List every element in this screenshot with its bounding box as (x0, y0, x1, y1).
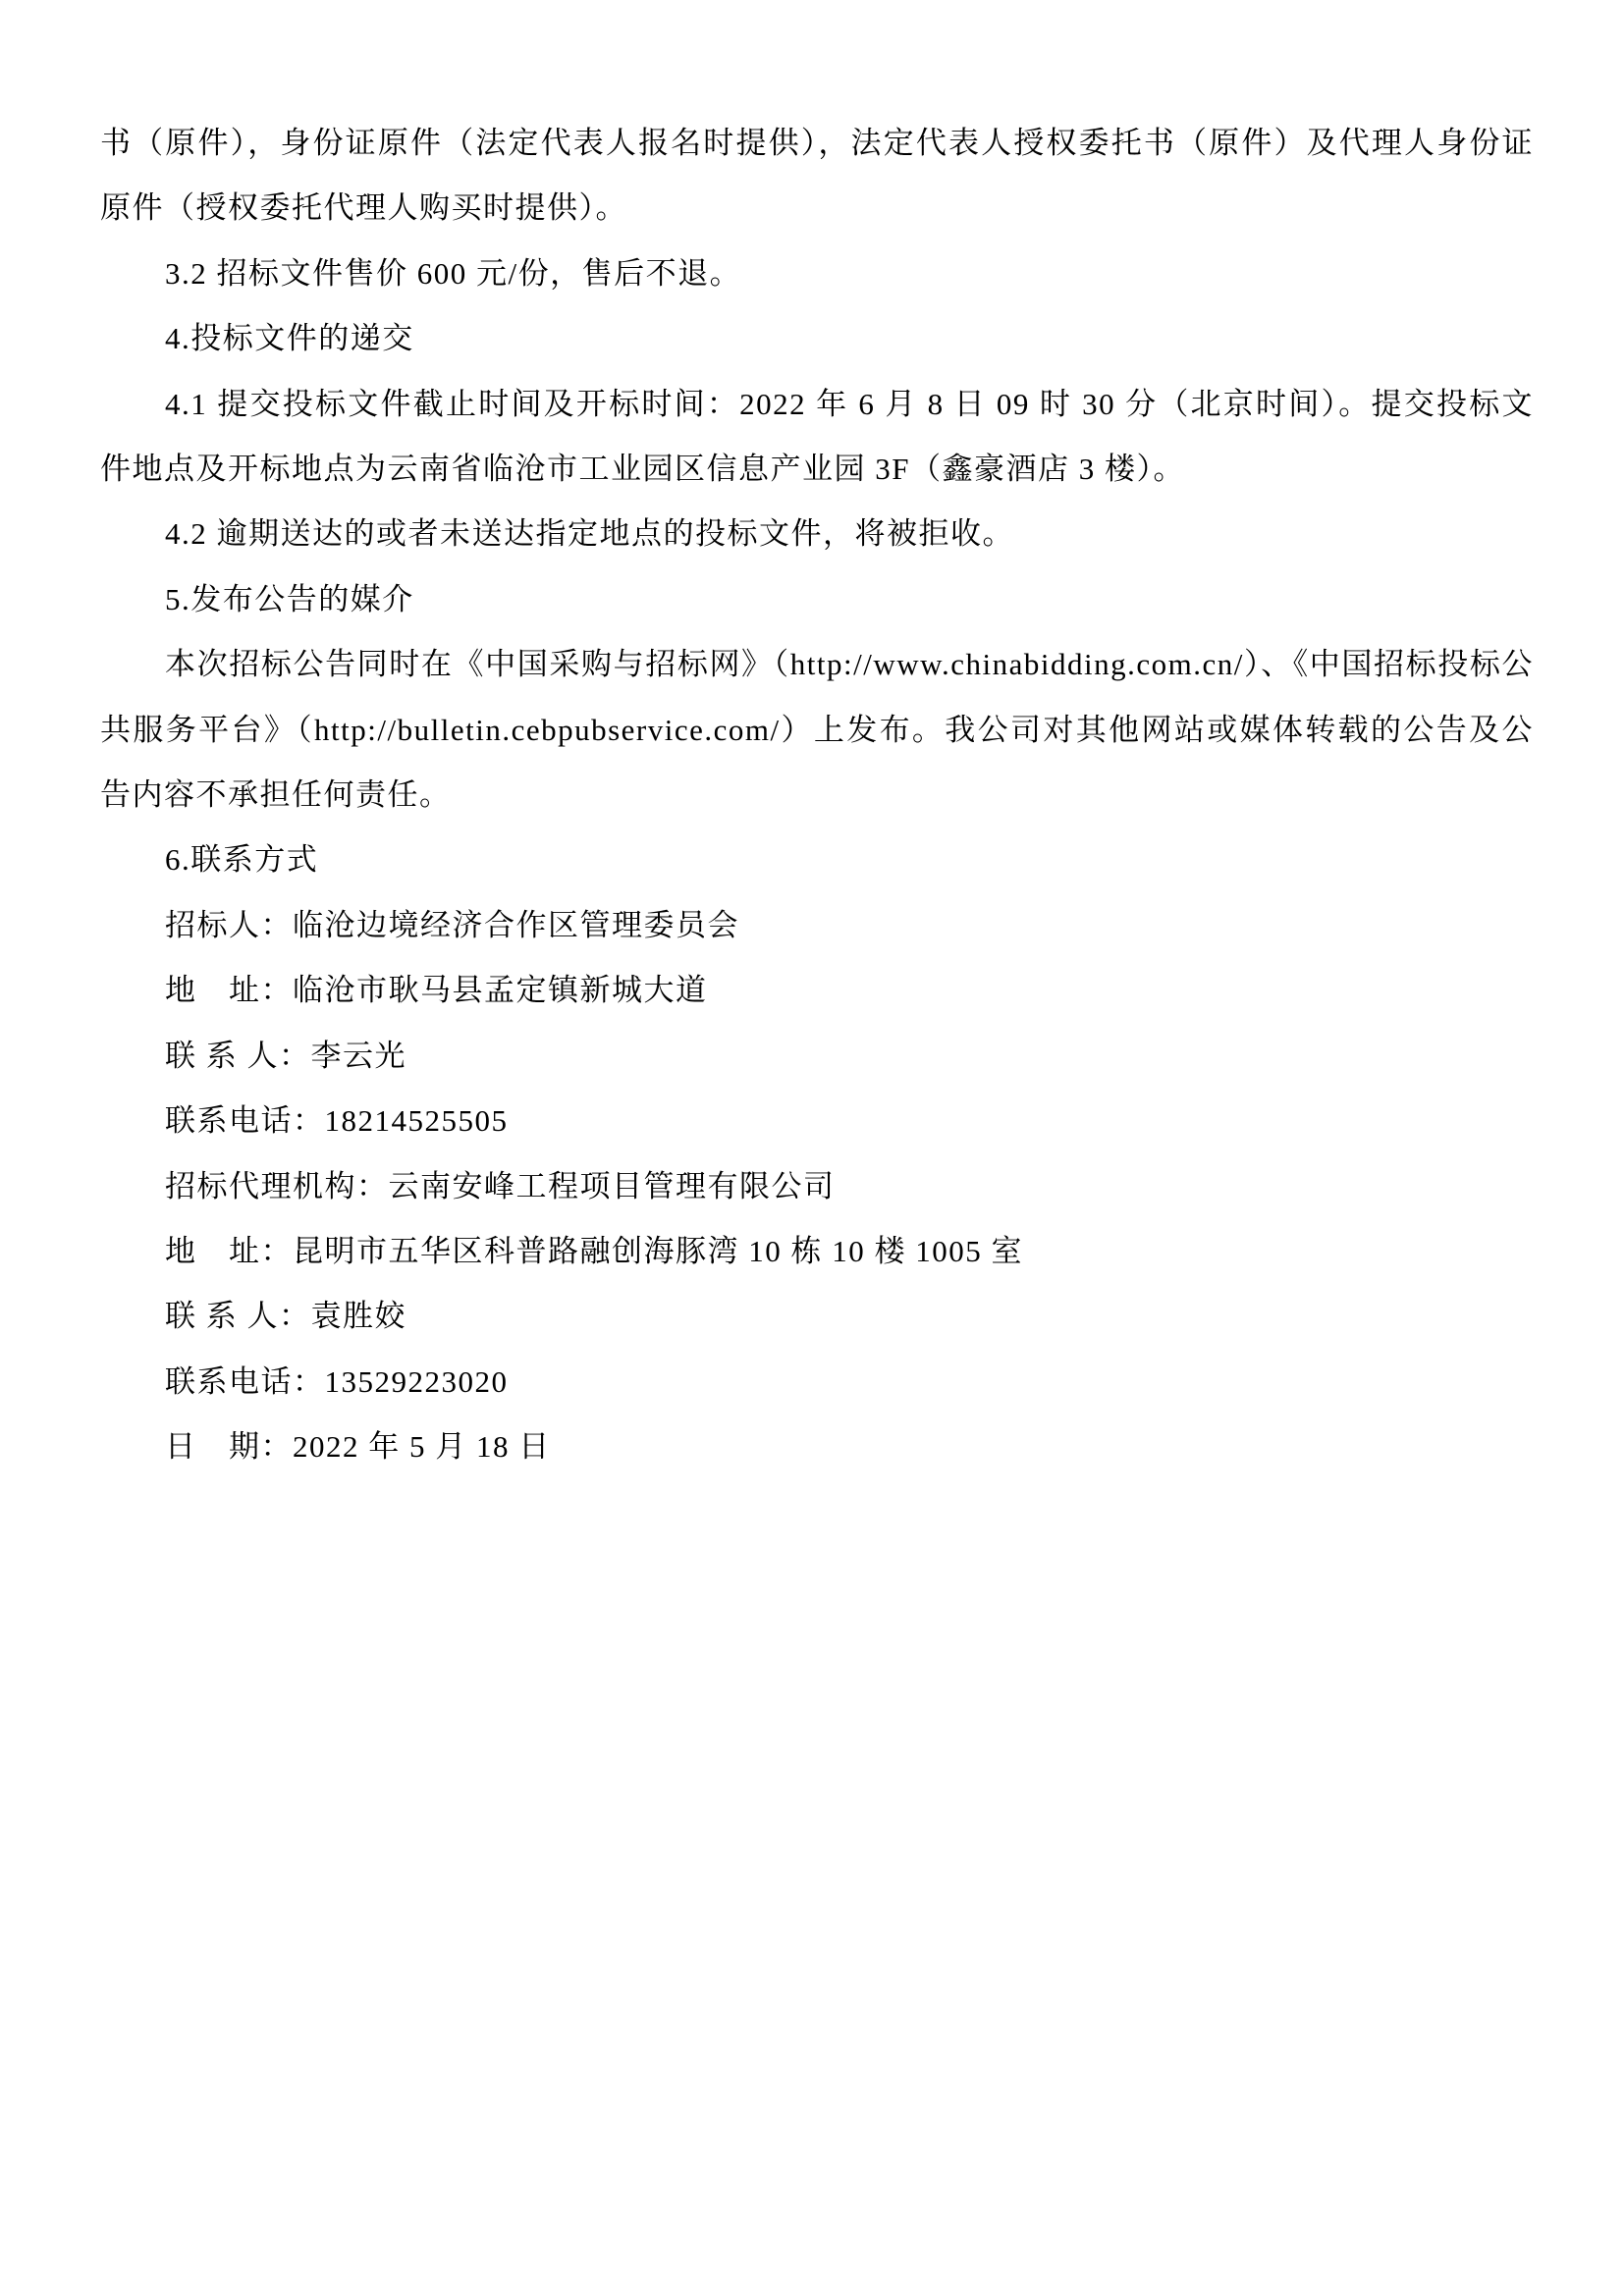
agency-name-line: 招标代理机构：云南安峰工程项目管理有限公司 (100, 1154, 1534, 1219)
tenderer-name-label: 招标人： (165, 908, 293, 942)
date-line: 日 期：2022 年 5 月 18 日 (100, 1415, 1534, 1479)
agency-phone-label: 联系电话： (165, 1364, 325, 1399)
agency-address: 昆明市五华区科普路融创海豚湾 10 栋 10 楼 1005 室 (293, 1234, 1023, 1268)
date-label: 日 期： (165, 1429, 293, 1464)
paragraph-continued-3-1: 书（原件），身份证原件（法定代表人报名时提供），法定代表人授权委托书（原件）及代… (100, 111, 1534, 241)
document-page: 书（原件），身份证原件（法定代表人报名时提供），法定代表人授权委托书（原件）及代… (100, 111, 1534, 1480)
agency-address-label: 地 址： (165, 1234, 293, 1268)
paragraph-5-media: 本次招标公告同时在《中国采购与招标网》（http://www.chinabidd… (100, 632, 1534, 828)
tenderer-phone-label: 联系电话： (165, 1103, 325, 1138)
paragraph-4-1-deadline: 4.1 提交投标文件截止时间及开标时间：2022 年 6 月 8 日 09 时 … (100, 372, 1534, 503)
tenderer-address-label: 地 址： (165, 973, 293, 1007)
tenderer-address-line: 地 址：临沧市耿马县孟定镇新城大道 (100, 958, 1534, 1023)
paragraph-3-2-price: 3.2 招标文件售价 600 元/份，售后不退。 (100, 241, 1534, 306)
agency-phone-line: 联系电话：13529223020 (100, 1350, 1534, 1415)
tenderer-phone: 18214525505 (325, 1103, 509, 1138)
agency-address-line: 地 址：昆明市五华区科普路融创海豚湾 10 栋 10 楼 1005 室 (100, 1219, 1534, 1284)
agency-contact-block: 招标代理机构：云南安峰工程项目管理有限公司 地 址：昆明市五华区科普路融创海豚湾… (100, 1154, 1534, 1415)
section-heading-6: 6.联系方式 (100, 828, 1534, 892)
agency-person-line: 联 系 人：袁胜姣 (100, 1284, 1534, 1349)
tenderer-name-line: 招标人：临沧边境经济合作区管理委员会 (100, 893, 1534, 958)
tenderer-contact-block: 招标人：临沧边境经济合作区管理委员会 地 址：临沧市耿马县孟定镇新城大道 联 系… (100, 893, 1534, 1154)
agency-phone: 13529223020 (325, 1364, 509, 1399)
section-heading-5: 5.发布公告的媒介 (100, 567, 1534, 632)
date-value: 2022 年 5 月 18 日 (293, 1429, 551, 1464)
tenderer-person-line: 联 系 人：李云光 (100, 1024, 1534, 1089)
tenderer-phone-line: 联系电话：18214525505 (100, 1089, 1534, 1153)
agency-person: 袁胜姣 (311, 1299, 407, 1333)
section-heading-4: 4.投标文件的递交 (100, 306, 1534, 371)
paragraph-4-2-late: 4.2 逾期送达的或者未送达指定地点的投标文件，将被拒收。 (100, 502, 1534, 566)
agency-person-label: 联 系 人： (165, 1299, 311, 1333)
tenderer-name: 临沧边境经济合作区管理委员会 (293, 908, 739, 942)
agency-name: 云南安峰工程项目管理有限公司 (389, 1169, 836, 1203)
agency-name-label: 招标代理机构： (165, 1169, 389, 1203)
tenderer-person-label: 联 系 人： (165, 1039, 311, 1073)
tenderer-address: 临沧市耿马县孟定镇新城大道 (293, 973, 708, 1007)
tenderer-person: 李云光 (311, 1039, 407, 1073)
